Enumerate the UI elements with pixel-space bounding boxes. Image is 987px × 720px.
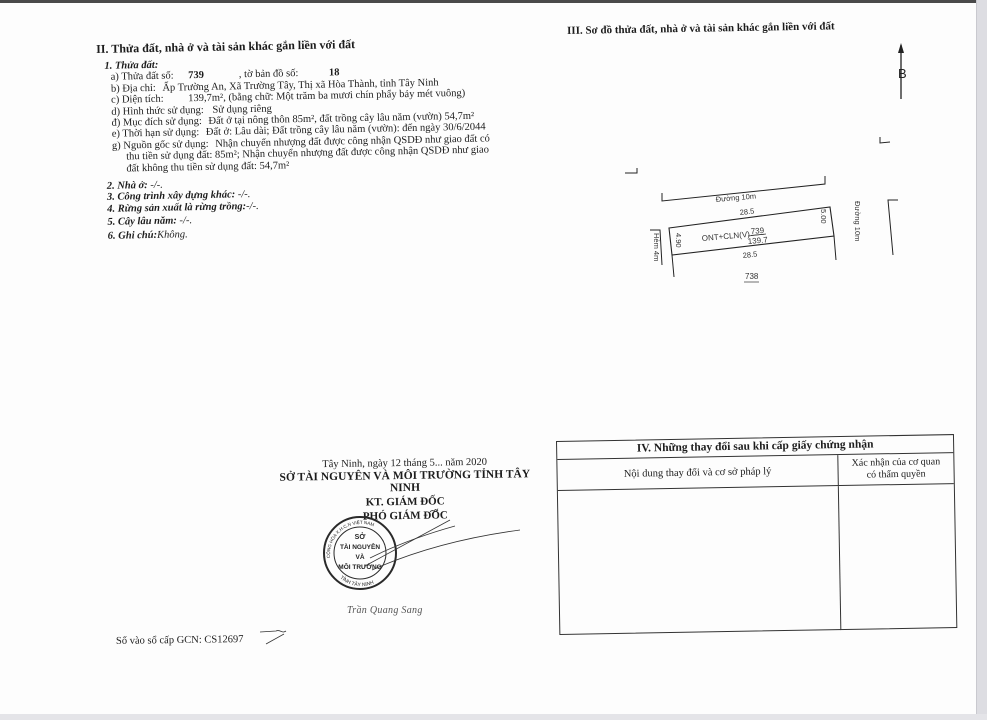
north-arrow-icon: B	[898, 43, 907, 99]
authority-confirmation-cell	[839, 484, 956, 630]
svg-text:VÀ: VÀ	[355, 552, 364, 561]
svg-text:SỞ: SỞ	[355, 532, 366, 541]
changes-table: IV. Những thay đổi sau khi cấp giấy chứn…	[556, 434, 957, 635]
svg-text:5.00: 5.00	[819, 209, 828, 224]
svg-text:28.5: 28.5	[739, 207, 754, 217]
svg-text:28.5: 28.5	[742, 250, 757, 260]
gcn-value: CS12697	[204, 634, 243, 646]
signer-name: Trần Quang Sang	[347, 605, 423, 616]
initials-mark	[258, 628, 298, 648]
gcn-label: Số vào sổ cấp GCN:	[116, 635, 202, 647]
issuing-department: SỞ TÀI NGUYÊN VÀ MÔI TRƯỜNG TỈNH TÂY NIN…	[270, 468, 540, 496]
svg-text:738: 738	[745, 272, 759, 281]
svg-text:ONT+CLN(V): ONT+CLN(V)	[701, 230, 750, 243]
changes-table-body	[558, 484, 956, 635]
change-content-cell	[558, 486, 841, 635]
svg-text:B: B	[898, 66, 907, 81]
page-edge-bottom	[0, 714, 987, 720]
document-page: II. Thửa đất, nhà ở và tài sản khác gắn …	[0, 0, 976, 714]
official-stamp: SỞ TÀI NGUYÊN VÀ MÔI TRƯỜNG CỘNG HÒA X.H…	[310, 508, 530, 608]
svg-text:139.7: 139.7	[747, 235, 768, 246]
svg-text:MÔI TRƯỜNG: MÔI TRƯỜNG	[338, 562, 381, 571]
col-change-content: Nội dung thay đổi và cơ sở pháp lý	[557, 455, 838, 490]
page-edge-right	[976, 0, 987, 720]
col-authority-confirmation: Xác nhận của cơ quan có thẩm quyền	[838, 453, 954, 485]
svg-text:Hẻm 4m: Hẻm 4m	[652, 233, 661, 261]
svg-text:Đường 10m: Đường 10m	[853, 201, 862, 241]
svg-text:4.90: 4.90	[674, 233, 683, 248]
svg-text:Đường 10m: Đường 10m	[715, 192, 756, 204]
svg-text:TÀI NGUYÊN: TÀI NGUYÊN	[340, 542, 380, 551]
gcn-registry-number: Số vào sổ cấp GCN: CS12697	[116, 634, 244, 647]
svg-text:CỘNG HÒA X.H.C.N VIỆT NAM: CỘNG HÒA X.H.C.N VIỆT NAM	[325, 518, 375, 558]
